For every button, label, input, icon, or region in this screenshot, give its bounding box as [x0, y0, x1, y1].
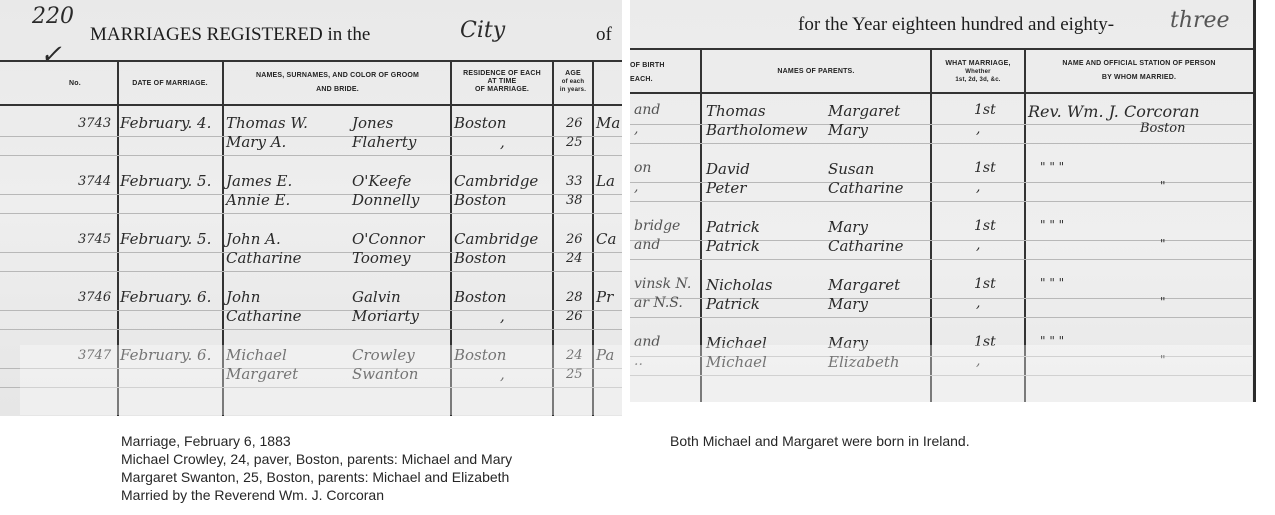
bride-father: Peter [706, 179, 746, 197]
officiant-name: " " " [1040, 160, 1064, 174]
ruled-line [0, 329, 622, 330]
caption-birthplace: Both Michael and Margaret were born in I… [670, 432, 970, 450]
groom-mother: Margaret [828, 102, 900, 120]
groom-first-name: John A. [226, 230, 281, 248]
occupation-partial: La [596, 172, 615, 190]
page-number: 220 [32, 4, 74, 29]
officiant-place: " [1160, 179, 1166, 193]
header-what-1: WHAT MARRIAGE, [932, 60, 1024, 68]
caption-summary: Marriage, February 6, 1883 Michael Crowl… [121, 432, 512, 504]
check-mark-icon: ✓ [40, 40, 62, 70]
bride-father: Patrick [706, 237, 760, 255]
register-page-left: 220 ✓ MARRIAGES REGISTERED in the City o… [0, 0, 622, 416]
bride-first-name: Catharine [226, 249, 302, 267]
caption-line: Marriage, February 6, 1883 [121, 432, 512, 450]
groom-father: Nicholas [706, 276, 772, 294]
groom-mother: Margaret [828, 276, 900, 294]
entry-date: February. 5. [120, 230, 211, 248]
bride-age: 25 [566, 135, 583, 150]
ruled-line [0, 213, 622, 214]
bride-surname: Toomey [352, 249, 410, 267]
ruled-line [0, 155, 622, 156]
groom-residence: Boston [454, 288, 506, 306]
header-names-1: NAMES, SURNAMES, AND COLOR OF GROOM [225, 72, 450, 80]
occupation-partial: Ma [596, 114, 620, 132]
what-marriage-bride: , [976, 295, 980, 311]
occupation-partial: Pr [596, 288, 613, 306]
groom-father: Thomas [706, 102, 766, 120]
birthplace-partial: bridge [634, 218, 680, 234]
birthplace-partial: , [634, 179, 638, 195]
caption-line: Michael Crowley, 24, paver, Boston, pare… [121, 450, 512, 468]
ruled-line [630, 259, 1252, 260]
header-age-1: AGE [554, 70, 592, 78]
highlight-band [630, 345, 1252, 402]
what-marriage-bride: , [976, 237, 980, 253]
header-official-2: BY WHOM MARRIED. [1026, 74, 1252, 82]
entry-number: 3746 [78, 290, 111, 305]
header-residence-3: OF MARRIAGE. [453, 86, 551, 94]
groom-age: 33 [566, 174, 583, 189]
entry-date: February. 6. [120, 288, 211, 306]
header-residence-2: AT TIME [453, 78, 551, 86]
bride-age: 26 [566, 309, 583, 324]
bride-surname: Donnelly [352, 191, 419, 209]
header-top-rule [630, 48, 1253, 50]
groom-surname: O'Keefe [352, 172, 411, 190]
highlight-band [20, 345, 622, 415]
officiant-place: " [1160, 295, 1166, 309]
birthplace-partial: ar N.S. [634, 295, 683, 311]
bride-father: Bartholomew [706, 121, 808, 139]
ruled-line [0, 136, 622, 137]
bride-residence: , [500, 133, 505, 151]
bride-father: Patrick [706, 295, 760, 313]
bride-residence: Boston [454, 191, 506, 209]
entry-date: February. 4. [120, 114, 211, 132]
bride-surname: Flaherty [352, 133, 416, 151]
ruled-line [0, 194, 622, 195]
register-page-right: for the Year eighteen hundred and eighty… [630, 0, 1256, 402]
what-marriage: 1st [974, 218, 996, 234]
officiant-name: Rev. Wm. J. Corcoran [1028, 102, 1200, 121]
bride-mother: Mary [828, 295, 868, 313]
caption-line: Married by the Reverend Wm. J. Corcoran [121, 486, 512, 504]
header-bottom-rule [630, 92, 1253, 94]
groom-mother: Susan [828, 160, 874, 178]
birthplace-partial: , [634, 121, 638, 137]
bride-surname: Moriarty [352, 307, 419, 325]
entry-number: 3744 [78, 174, 111, 189]
groom-residence: Cambridge [454, 172, 538, 190]
birthplace-partial: and [634, 237, 660, 253]
header-official-1: NAME AND OFFICIAL STATION OF PERSON [1026, 60, 1252, 68]
officiant-name: " " " [1040, 218, 1064, 232]
officiant-place: " [1160, 237, 1166, 251]
register-title-of: of [596, 24, 612, 46]
header-birth-2: EACH. [630, 76, 690, 84]
what-marriage: 1st [974, 160, 996, 176]
ruled-line [630, 317, 1252, 318]
header-bottom-rule [0, 104, 622, 106]
groom-age: 28 [566, 290, 583, 305]
officiant-place: Boston [1140, 121, 1185, 136]
register-title-year-hand: three [1170, 8, 1230, 33]
bride-residence: Boston [454, 249, 506, 267]
what-marriage-bride: , [976, 179, 980, 195]
register-title-year: for the Year eighteen hundred and eighty… [798, 14, 1114, 36]
groom-surname: Jones [352, 114, 393, 132]
groom-residence: Boston [454, 114, 506, 132]
header-what-3: 1st, 2d, 3d, &c. [932, 76, 1024, 84]
bride-first-name: Catharine [226, 307, 302, 325]
officiant-name: " " " [1040, 276, 1064, 290]
ruled-line [630, 201, 1252, 202]
what-marriage-bride: , [976, 121, 980, 137]
groom-surname: Galvin [352, 288, 401, 306]
what-marriage: 1st [974, 102, 996, 118]
ruled-line [0, 310, 622, 311]
ruled-line [630, 143, 1252, 144]
bride-age: 24 [566, 251, 583, 266]
birthplace-partial: and [634, 102, 660, 118]
bride-mother: Mary [828, 121, 868, 139]
ruled-line [0, 252, 622, 253]
groom-first-name: John [226, 288, 260, 306]
bride-age: 38 [566, 193, 583, 208]
occupation-partial: Ca [596, 230, 616, 248]
ruled-line [0, 271, 622, 272]
register-title-left: MARRIAGES REGISTERED in the [90, 24, 370, 46]
groom-first-name: James E. [226, 172, 292, 190]
header-birth-1: OF BIRTH [630, 62, 690, 70]
register-title-city: City [460, 18, 505, 43]
what-marriage: 1st [974, 276, 996, 292]
bride-mother: Catharine [828, 179, 904, 197]
groom-age: 26 [566, 116, 583, 131]
bride-first-name: Annie E. [226, 191, 290, 209]
header-parents: NAMES OF PARENTS. [702, 68, 930, 76]
entry-date: February. 5. [120, 172, 211, 190]
header-what-2: Whether [932, 68, 1024, 76]
header-date: DATE OF MARRIAGE. [120, 80, 220, 88]
header-age-2: of each [554, 78, 592, 86]
groom-surname: O'Connor [352, 230, 424, 248]
groom-father: Patrick [706, 218, 760, 236]
groom-mother: Mary [828, 218, 868, 236]
header-names-2: AND BRIDE. [225, 86, 450, 94]
groom-first-name: Thomas W. [226, 114, 308, 132]
groom-father: David [706, 160, 750, 178]
groom-residence: Cambridge [454, 230, 538, 248]
groom-age: 26 [566, 232, 583, 247]
bride-mother: Catharine [828, 237, 904, 255]
header-top-rule [0, 60, 622, 62]
header-residence-1: RESIDENCE OF EACH [453, 70, 551, 78]
header-no: No. [60, 80, 90, 88]
bride-residence: , [500, 307, 505, 325]
caption-line: Margaret Swanton, 25, Boston, parents: M… [121, 468, 512, 486]
birthplace-partial: vinsk N. [634, 276, 691, 292]
birthplace-partial: on [634, 160, 651, 176]
header-age-3: in years. [554, 86, 592, 94]
entry-number: 3745 [78, 232, 111, 247]
bride-first-name: Mary A. [226, 133, 286, 151]
entry-number: 3743 [78, 116, 111, 131]
